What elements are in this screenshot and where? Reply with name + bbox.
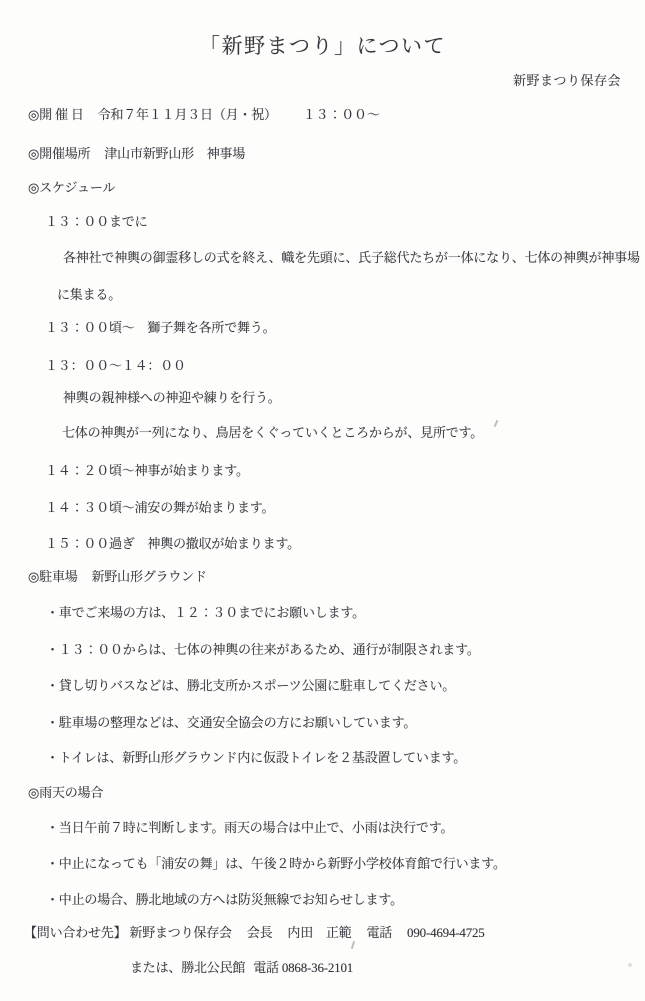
schedule-entry-time: １５：００過ぎ 神輿の撤収が始まります。 [45,535,300,552]
schedule-entry-time: １３：００～１４：００ [45,357,186,374]
scan-artifact [351,941,355,949]
rain-note: ・中止になっても「浦安の舞」は、午後２時から新野小学校体育館で行います。 [46,855,506,872]
schedule-heading: ◎スケジュール [28,179,115,196]
scan-artifact [494,420,499,427]
parking-note: ・駐車場の整理などは、交通安全協会の方にお願いしています。 [46,714,416,731]
schedule-entry-note: 七体の神輿が一列になり、鳥居をくぐっていくところからが、見所です。 [62,424,483,441]
event-venue-value: 津山市新野山形 神事場 [104,146,245,161]
parking-note: ・貸し切りバスなどは、勝北支所かスポーツ公園に駐車してください。 [46,677,455,694]
schedule-entry-time: １４：２０頃～神事が始まります。 [45,462,249,479]
scanned-document-page: 「新野まつり」について 新野まつり保存会 ◎開 催 日令和７年１１月３日（月・祝… [0,0,645,1001]
contact-alt-phone-number: 0868-36-2101 [282,960,353,975]
rain-note: ・当日午前７時に判断します。雨天の場合は中止で、小雨は決行です。 [46,819,453,836]
schedule-entry-note: 神輿の親神様への神迎や練りを行う。 [63,389,281,406]
contact-alt-place: 勝北公民館 [181,960,245,975]
event-venue-label: ◎開催場所 [28,146,90,161]
scan-artifact [628,963,632,967]
schedule-entry-time: １３：００までに [45,213,147,230]
contact-alt-prefix: または、 [130,960,181,975]
parking-heading-label: ◎駐車場 [28,569,78,584]
contact-label: 【問い合わせ先】 [24,925,126,940]
parking-note: ・１３：００からは、七体の神輿の往来があるため、通行が制限されます。 [46,641,480,658]
parking-heading-value: 新野山形グラウンド [92,569,207,584]
event-venue-line: ◎開催場所津山市新野山形 神事場 [28,145,245,162]
rain-note: ・中止の場合、勝北地域の方へは防災無線でお知らせします。 [46,891,403,908]
organization-name: 新野まつり保存会 [513,70,621,89]
parking-heading: ◎駐車場新野山形グラウンド [28,568,207,585]
parking-note: ・車でご来場の方は、１２：３０までにお願いします。 [46,604,365,621]
schedule-entry-note: 各神社で神輿の御霊移しの式を終え、幟を先頭に、氏子総代たちが一体になり、七体の神… [63,249,640,266]
schedule-entry-time: １４：３０頃～浦安の舞が始まります。 [45,499,274,516]
event-date-line: ◎開 催 日令和７年１１月３日（月・祝）１３：００～ [28,106,380,123]
contact-alt-phone-label: 電話 [253,960,279,975]
contact-name: 内田 正範 [287,925,351,940]
schedule-entry-note: に集まる。 [57,286,121,303]
contact-organization: 新野まつり保存会 [129,925,231,940]
rain-heading: ◎雨天の場合 [28,784,103,801]
contact-line: 【問い合わせ先】新野まつり保存会会長内田 正範電話090-4694-4725 [24,924,485,941]
event-date-label: ◎開 催 日 [28,107,84,122]
parking-note: ・トイレは、新野山形グラウンド内に仮設トイレを２基設置しています。 [46,749,466,766]
event-start-time: １３：００～ [303,107,380,122]
contact-phone-number: 090-4694-4725 [407,925,485,940]
contact-alt-line: または、勝北公民館電話0868-36-2101 [130,959,353,976]
event-date-value: 令和７年１１月３日（月・祝） [98,107,277,122]
schedule-entry-time: １３：００頃～ 獅子舞を各所で舞う。 [45,319,275,336]
contact-phone-label: 電話 [366,925,392,940]
contact-role: 会長 [247,925,273,940]
document-title: 「新野まつり」について [0,30,645,60]
